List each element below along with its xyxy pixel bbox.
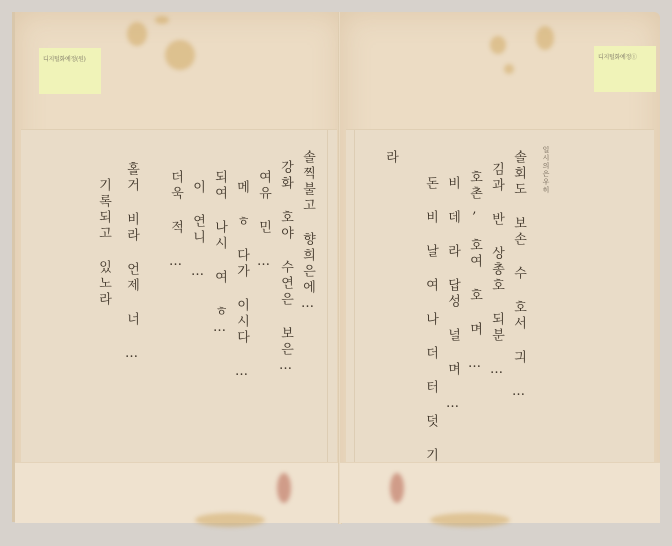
- water-stain: [430, 513, 510, 527]
- text-column: 강화 호야 수연은 보은…: [279, 160, 292, 376]
- text-column: 더욱 적 …: [169, 170, 182, 272]
- label-slip-text: 디지털화예정①: [598, 54, 637, 61]
- water-stain: [504, 64, 514, 74]
- text-column: 여유 민 …: [257, 170, 270, 272]
- text-column: 기록되고 있노라: [97, 178, 110, 308]
- lower-margin: [15, 462, 343, 523]
- text-panel: 일시의은우히 솔회도 보손 수 호서 긔 … 김과 반 상총호 되분 … 호촌,…: [346, 129, 654, 475]
- text-column: 비 데 라 답성 널 며 …: [446, 176, 459, 414]
- text-column: 솔회도 보손 수 호서 긔 …: [512, 150, 525, 402]
- left-page: 디지털화예정(원) 솔찍불고 향희은에… 강화 호야 수연은 보은… 여유 민 …: [12, 12, 343, 522]
- catalog-label-slip: 디지털화예정①: [594, 46, 656, 92]
- column-rule: [327, 130, 328, 475]
- text-column: 홀거 비라 언제 너 …: [125, 162, 138, 364]
- text-column: 메 ㅎ 다가 이시다 …: [235, 180, 248, 382]
- water-stain: [165, 40, 195, 70]
- text-column: 돈 비 날 여 나 더 터 덧 기 …: [424, 176, 437, 500]
- text-column: 김과 반 상총호 되분 …: [490, 162, 503, 380]
- water-stain: [127, 22, 147, 46]
- text-column: 되여 나시 여 ㅎ…: [213, 170, 226, 338]
- text-panel: 솔찍불고 향희은에… 강화 호야 수연은 보은… 여유 민 … 메 ㅎ 다가 이…: [21, 129, 337, 475]
- text-column: 라: [384, 150, 397, 166]
- label-slip-text: 디지털화예정(원): [43, 56, 86, 63]
- text-column: 솔찍불고 향희은에…: [301, 150, 314, 314]
- water-stain: [490, 36, 506, 54]
- lower-margin: [340, 462, 660, 523]
- red-stain: [277, 473, 291, 503]
- water-stain: [536, 26, 554, 50]
- text-column: 호촌, 호여 호 며 …: [468, 170, 481, 374]
- right-page: 디지털화예정① 일시의은우히 솔회도 보손 수 호서 긔 … 김과 반 상총호 …: [340, 12, 660, 522]
- small-header-text: 일시의은우히: [542, 146, 549, 194]
- open-manuscript-book: 디지털화예정(원) 솔찍불고 향희은에… 강화 호야 수연은 보은… 여유 민 …: [8, 12, 658, 532]
- column-rule: [354, 130, 355, 475]
- red-stain: [390, 473, 404, 503]
- text-column: 이 연니 …: [191, 180, 204, 282]
- water-stain: [155, 16, 169, 24]
- catalog-label-slip: 디지털화예정(원): [39, 48, 101, 94]
- water-stain: [195, 513, 265, 527]
